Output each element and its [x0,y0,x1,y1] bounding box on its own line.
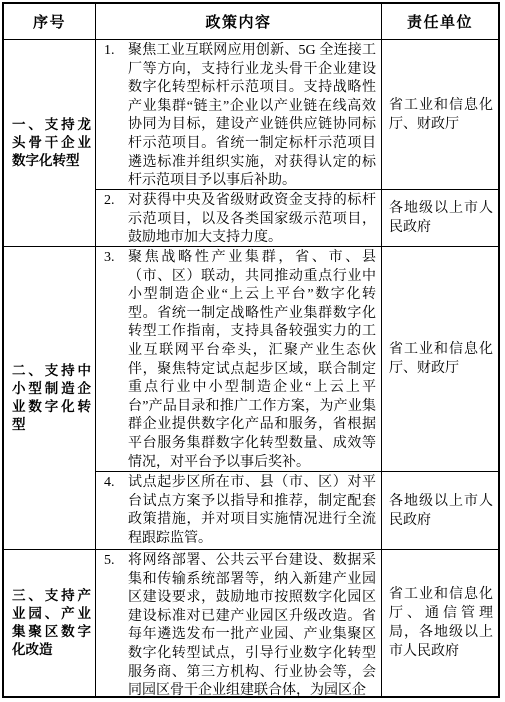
header-unit-label: 责任单位 [407,11,473,32]
unit-text-3: 省工业和信息化厅、财政厅 [389,340,493,378]
item-number-5: 5. [104,552,128,571]
header-cell-content: 政策内容 [96,4,382,40]
unit-cell-5: 省工业和信息化厅、通信管理局，各地级以上市人民政府 [382,550,498,696]
section-title-3: 三、支持产业园、产业集聚区数字化改造 [12,587,91,660]
item-number-2: 2. [104,192,128,211]
section-title-1: 一、支持龙头骨干企业数字化转型 [12,116,91,171]
section-title-2: 二、支持中小型制造企业数字化转型 [12,362,91,435]
item-text-4: 试点起步区所在市、县（市、区）对平台试点方案予以指导和推荐，制定配套政策措施，并… [128,474,376,548]
policy-item-cell-4: 4. 试点起步区所在市、县（市、区）对平台试点方案予以指导和推荐，制定配套政策措… [96,472,382,550]
policy-item-cell-1: 1. 聚焦工业互联网应用创新、5G 全连接工厂等方向，支持行业龙头骨干企业建设数… [96,40,382,190]
policy-item-cell-5: 5. 将网络部署、公共云平台建设、数据采集和传输系统部署等，纳入新建产业园区建设… [96,550,382,696]
unit-text-4: 各地级以上市人民政府 [389,492,493,530]
item-text-2: 对获得中央及省级财政资金支持的标杆示范项目，以及各类国家级示范项目，鼓励地市加大… [128,192,376,247]
header-serial-label: 序号 [33,11,66,32]
unit-cell-3: 省工业和信息化厅、财政厅 [382,247,498,472]
unit-cell-4: 各地级以上市人民政府 [382,472,498,550]
header-content-label: 政策内容 [205,11,271,32]
unit-cell-2: 各地级以上市人民政府 [382,190,498,247]
header-cell-serial: 序号 [4,4,96,40]
unit-text-5: 省工业和信息化厅、通信管理局，各地级以上市人民政府 [389,585,493,661]
item-text-3: 聚焦战略性产业集群，省、市、县（市、区）联动，共同推动重点行业中小型制造企业“上… [128,249,376,472]
section-title-cell-3: 三、支持产业园、产业集聚区数字化改造 [4,550,96,696]
header-cell-unit: 责任单位 [382,4,498,40]
section-title-cell-1: 一、支持龙头骨干企业数字化转型 [4,40,96,247]
item-number-1: 1. [104,42,128,61]
document-page: 序号 政策内容 责任单位 一、支持龙头骨干企业数字化转型 1. 聚焦工业互联网应… [0,0,505,702]
unit-text-1: 省工业和信息化厅、财政厅 [389,96,493,134]
policy-item-cell-2: 2. 对获得中央及省级财政资金支持的标杆示范项目，以及各类国家级示范项目，鼓励地… [96,190,382,247]
item-number-4: 4. [104,474,128,493]
item-number-3: 3. [104,249,128,268]
unit-text-2: 各地级以上市人民政府 [389,199,493,237]
policy-item-cell-3: 3. 聚焦战略性产业集群，省、市、县（市、区）联动，共同推动重点行业中小型制造企… [96,247,382,472]
item-text-5: 将网络部署、公共云平台建设、数据采集和传输系统部署等，纳入新建产业园区建设要求，… [128,552,376,696]
item-text-1: 聚焦工业互联网应用创新、5G 全连接工厂等方向，支持行业龙头骨干企业建设数字化转… [128,42,376,190]
unit-cell-1: 省工业和信息化厅、财政厅 [382,40,498,190]
policy-table: 序号 政策内容 责任单位 一、支持龙头骨干企业数字化转型 1. 聚焦工业互联网应… [2,2,500,698]
section-title-cell-2: 二、支持中小型制造企业数字化转型 [4,247,96,550]
